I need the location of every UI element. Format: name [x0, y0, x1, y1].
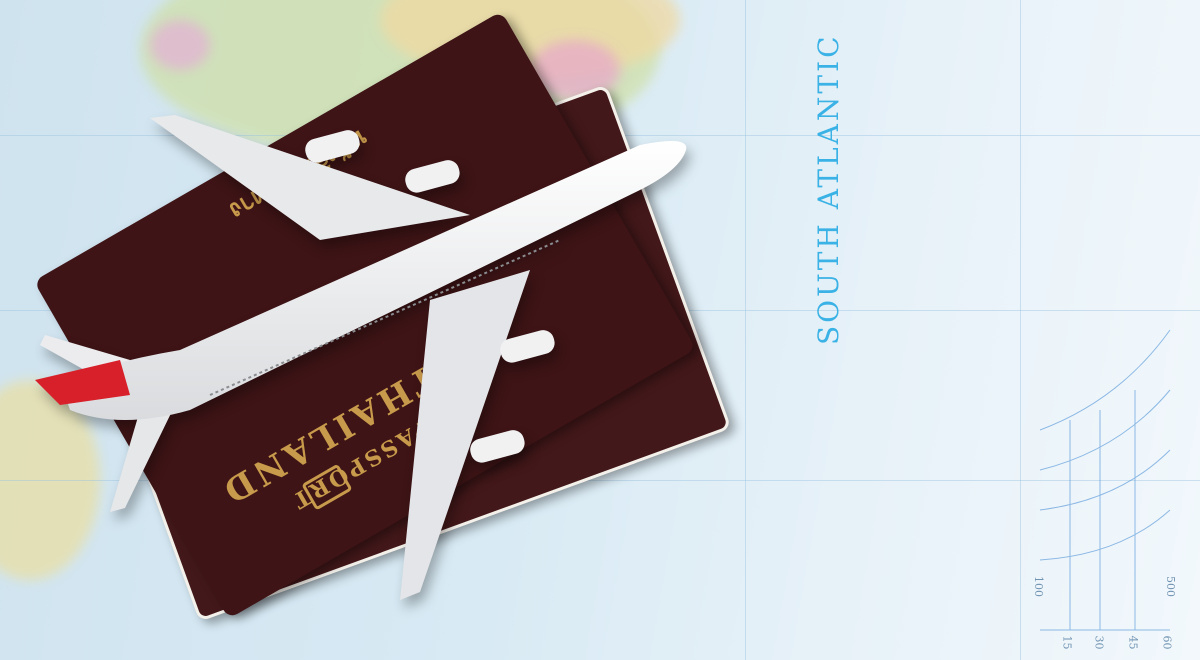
model-airplane [0, 0, 1200, 660]
